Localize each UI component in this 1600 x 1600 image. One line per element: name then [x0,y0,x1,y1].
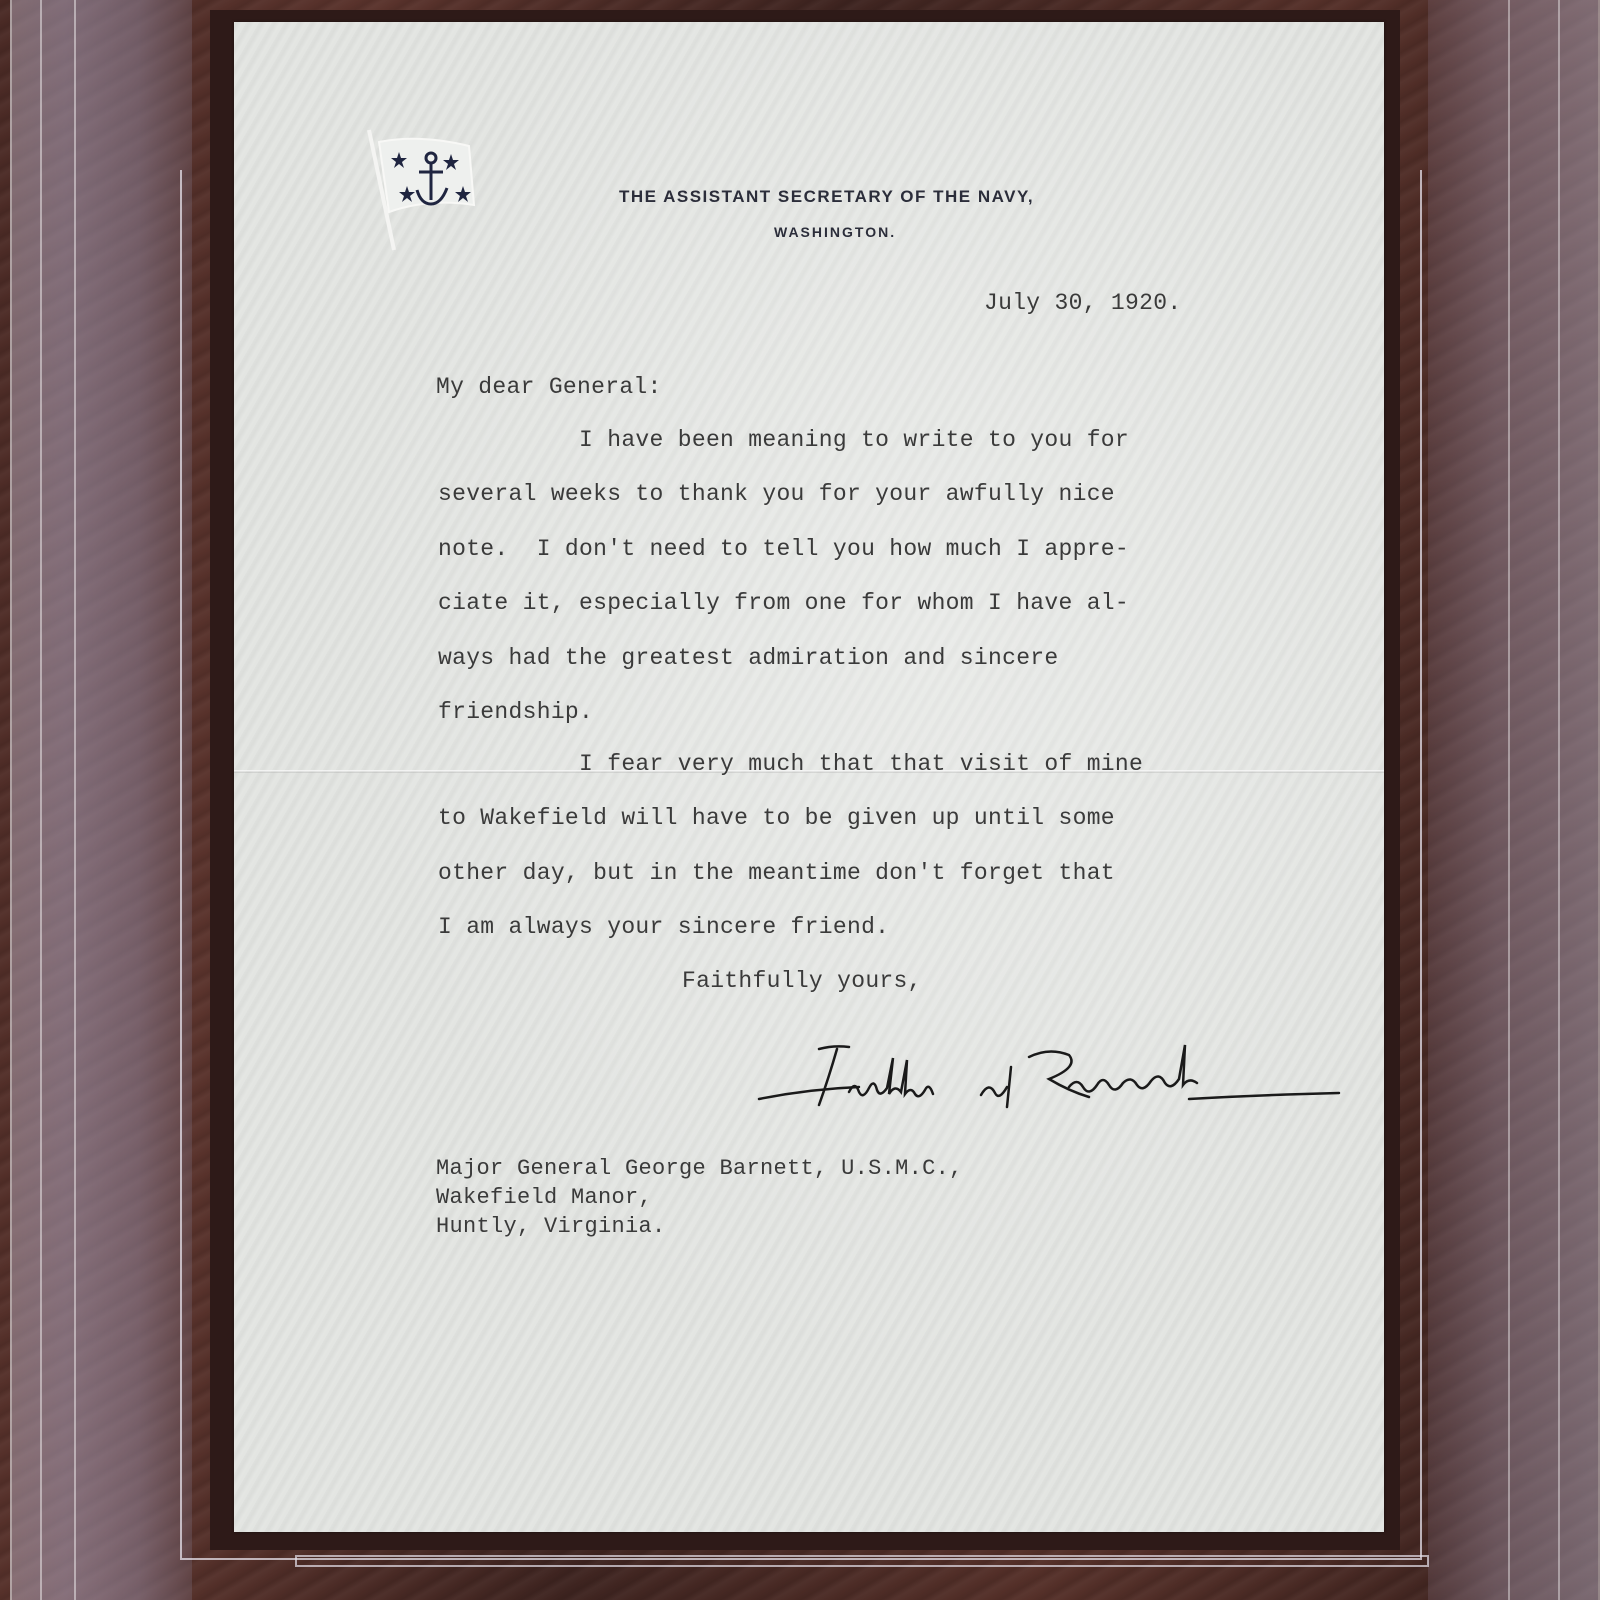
letterhead-title: THE ASSISTANT SECRETARY OF THE NAVY, [619,187,1034,207]
recipient-line: Huntly, Virginia. [436,1214,666,1239]
body-line: ways had the greatest admiration and sin… [438,645,1059,671]
slab-holder-left-edge [10,0,192,1600]
closing: Faithfully yours, [682,968,922,994]
slab-holder-right-edge [1428,0,1600,1600]
body-line: friendship. [438,699,593,725]
handwritten-signature: Franklin D Roosevelt [749,1037,1349,1127]
salutation: My dear General: [436,374,662,400]
letter-paper: THE ASSISTANT SECRETARY OF THE NAVY, WAS… [234,22,1384,1532]
body-line: I am always your sincere friend. [438,914,889,940]
slab-inner-frame-bottom [295,1555,1429,1567]
body-line: several weeks to thank you for your awfu… [438,481,1115,507]
navy-flag-icon [359,120,489,260]
body-line: ciate it, especially from one for whom I… [438,590,1129,616]
recipient-line: Wakefield Manor, [436,1185,652,1210]
letter-date: July 30, 1920. [984,290,1181,316]
body-line: I have been meaning to write to you for [438,427,1129,453]
letterhead-city: WASHINGTON. [774,224,896,240]
body-line: other day, but in the meantime don't for… [438,860,1115,886]
body-line: to Wakefield will have to be given up un… [438,805,1115,831]
body-line: I fear very much that that visit of mine [438,751,1143,777]
body-line: note. I don't need to tell you how much … [438,536,1129,562]
recipient-line: Major General George Barnett, U.S.M.C., [436,1156,963,1181]
